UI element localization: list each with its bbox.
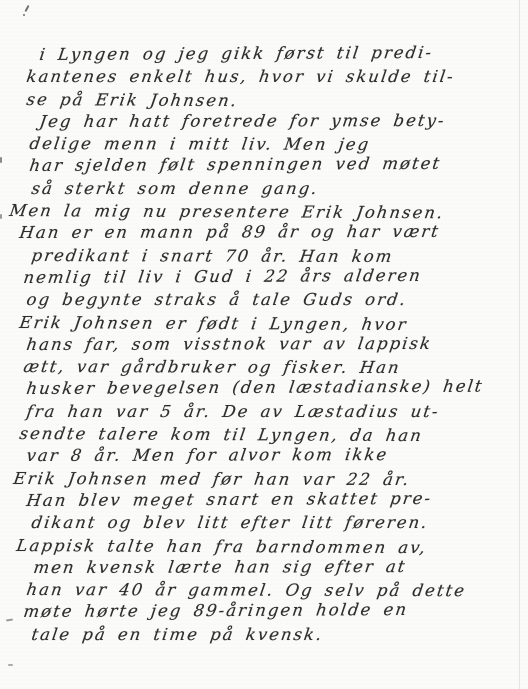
handwritten-line: dikant og blev litt efter litt føreren. (30, 512, 525, 534)
handwritten-line: hans far, som visstnok var av lappisk (25, 333, 525, 357)
paragraph: Men la mig nu presentere Erik Johnsen.Ha… (0, 200, 522, 311)
handwritten-line: Jeg har hatt foretrede for ymse bety- (38, 110, 525, 134)
paragraph: Jeg har hatt foretrede for ymse bety-del… (0, 111, 522, 200)
handwritten-line: men kvensk lærte han sig efter at (32, 556, 525, 580)
manuscript-text: i Lyngen og jeg gikk først til predi-kan… (0, 44, 522, 646)
handwritten-line: så sterkt som denne gang. (30, 178, 525, 200)
ink-speck (24, 5, 29, 12)
manuscript-page: i Lyngen og jeg gikk først til predi-kan… (0, 0, 528, 689)
handwritten-line: i Lyngen og jeg gikk først til predi- (38, 41, 525, 66)
handwritten-line: og begynte straks å tale Guds ord. (25, 289, 525, 311)
handwritten-line: husker bevegelsen (den læstadianske) hel… (25, 376, 525, 401)
handwritten-line: nemlig til liv i Gud i 22 års alderen (22, 264, 525, 289)
ink-speck (8, 664, 13, 666)
scan-edge-line (519, 0, 520, 689)
ink-speck (23, 14, 25, 16)
handwritten-line: møte hørte jeg 89-åringen holde en (22, 599, 525, 624)
handwritten-line: kantenes enkelt hus, hvor vi skulde til- (25, 66, 525, 88)
handwritten-line: fra han var 5 år. De av Læstadius ut- (25, 401, 525, 423)
paragraph: Erik Johnsen er født i Lyngen, hvorhans … (0, 312, 522, 646)
handwritten-line: Han blev meget snart en skattet pre- (25, 487, 525, 512)
paragraph: i Lyngen og jeg gikk først til predi-kan… (0, 44, 522, 111)
handwritten-line: tale på en time på kvensk. (30, 624, 525, 646)
handwritten-line: Han er en mann på 89 år og har vært (18, 221, 525, 245)
handwritten-line: har sjelden følt spenningen ved møtet (28, 153, 525, 178)
handwritten-line: var 8 år. Men for alvor kom ikke (25, 444, 525, 468)
